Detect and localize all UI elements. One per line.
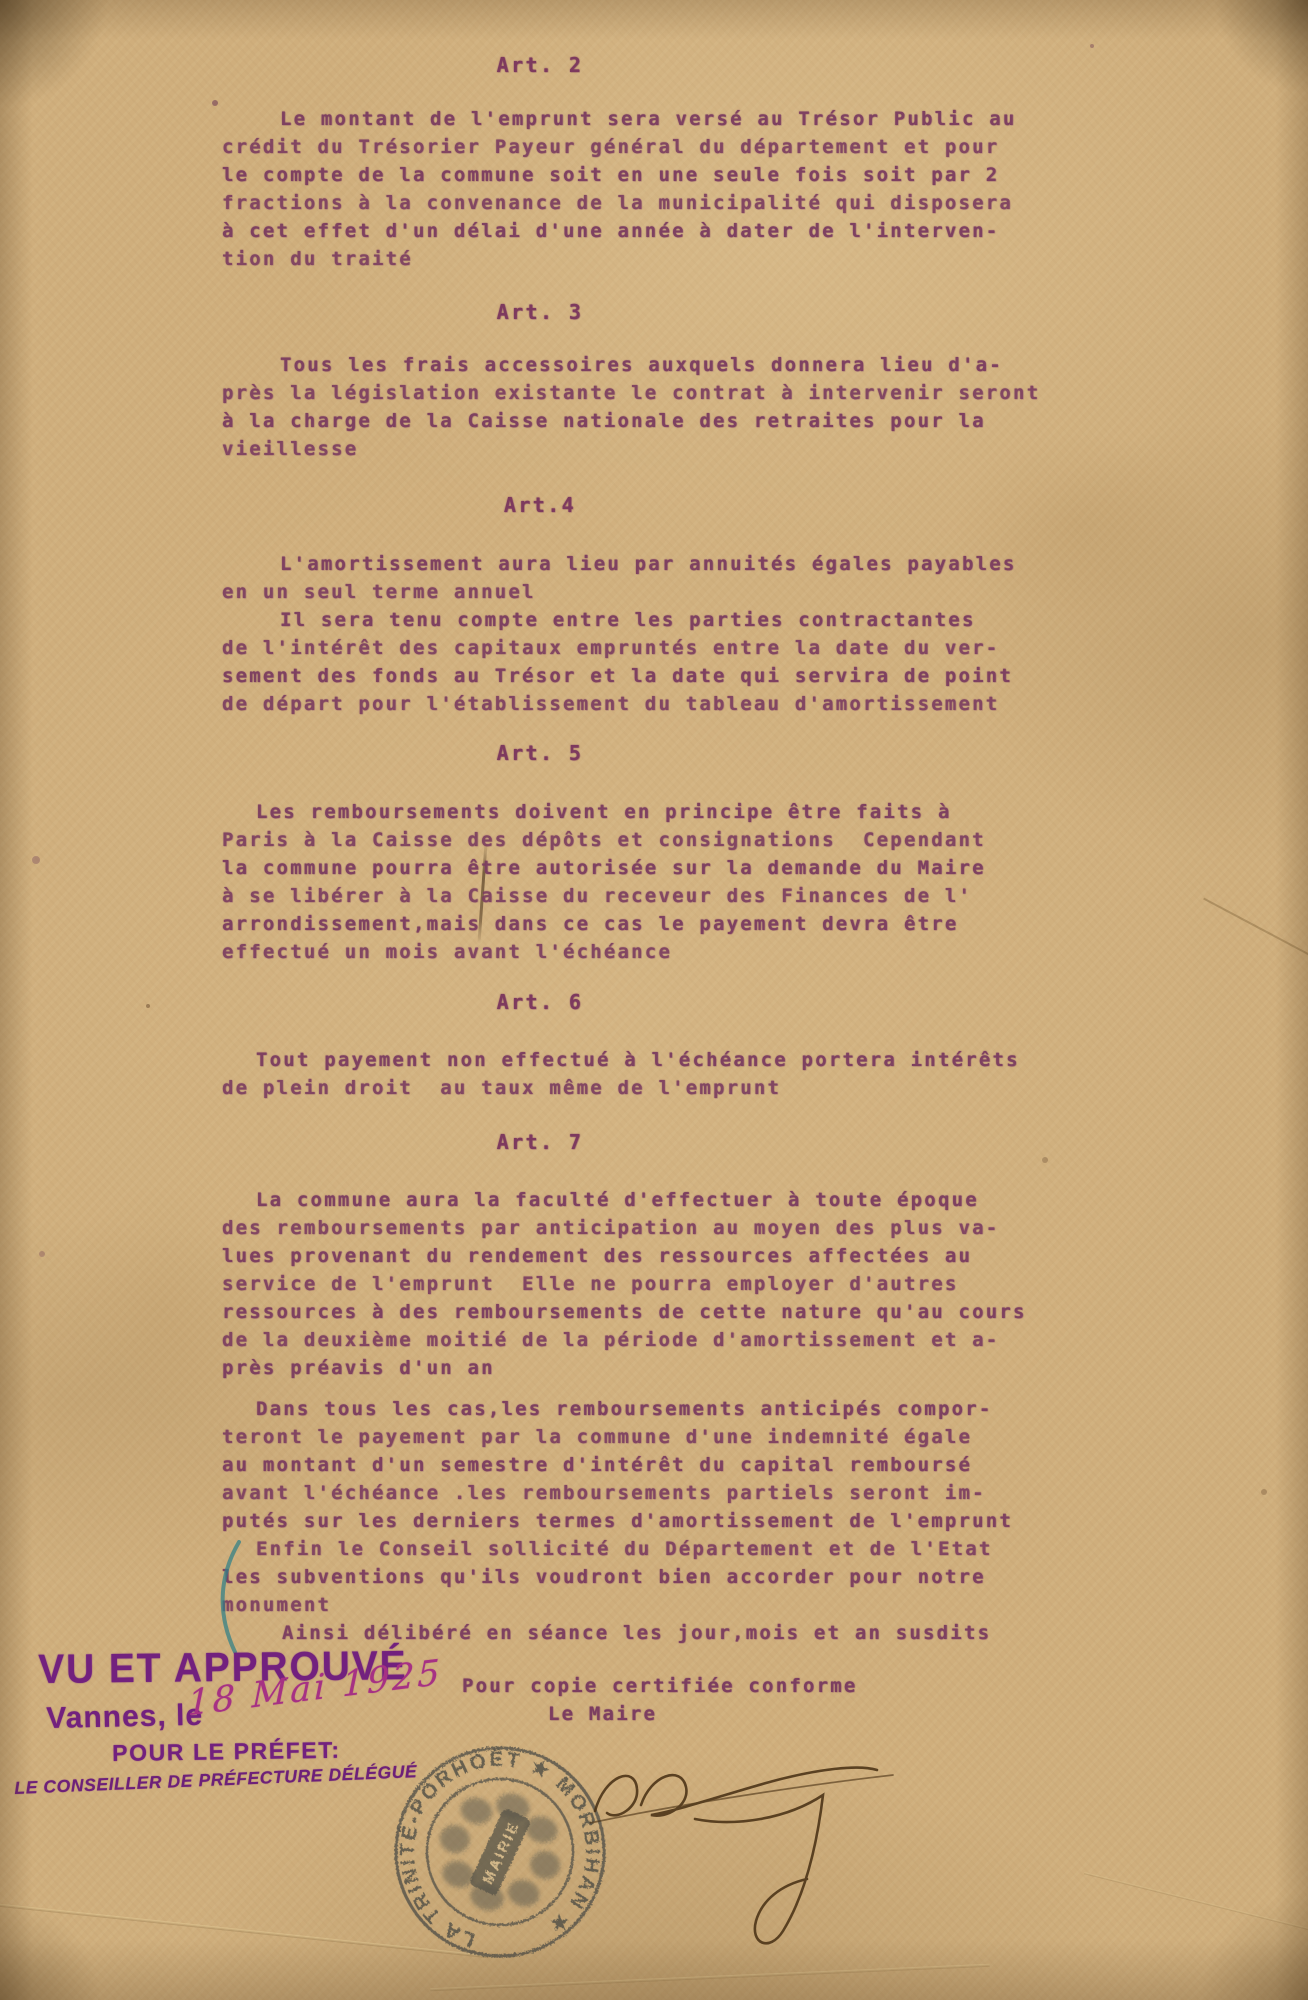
article-paragraph: Tout payement non effectué à l'échéance … [222, 1046, 1102, 1102]
certification-line: Pour copie certifiée conforme [462, 1672, 858, 1700]
typed-line: de plein droit au taux même de l'emprunt [222, 1074, 1102, 1102]
typed-line: près la législation existante le contrat… [222, 379, 1102, 407]
typed-line: en un seul terme annuel [222, 578, 1102, 606]
article-heading: Art. 3 [160, 300, 920, 324]
article-heading: Art. 5 [160, 741, 920, 765]
approval-stamp-place: Vannes, le [46, 1699, 203, 1736]
article-heading: Art. 6 [160, 990, 920, 1014]
article-paragraph: Le montant de l'emprunt sera versé au Tr… [222, 105, 1102, 273]
typed-line: au montant d'un semestre d'intérêt du ca… [222, 1451, 1102, 1479]
pen-mark-parenthesis [205, 1538, 259, 1658]
scanned-document-page: Art. 2 Le montant de l'emprunt sera vers… [0, 0, 1308, 2000]
typed-line: Il sera tenu compte entre les parties co… [222, 606, 1102, 634]
mayor-title: Le Maire [548, 1700, 657, 1728]
typed-line: Dans tous les cas,les remboursements ant… [222, 1395, 1102, 1423]
typed-line: crédit du Trésorier Payeur général du dé… [222, 133, 1102, 161]
paper-crease [1203, 898, 1308, 961]
typed-line: de la deuxième moitié de la période d'am… [222, 1326, 1102, 1354]
typed-line: Paris à la Caisse des dépôts et consigna… [222, 826, 1102, 854]
typed-line: arrondissement,mais dans ce cas le payem… [222, 910, 1102, 938]
typed-line: ressources à des remboursements de cette… [222, 1298, 1102, 1326]
article-paragraph: Les remboursements doivent en principe ê… [222, 798, 1102, 966]
article-paragraph: Dans tous les cas,les remboursements ant… [222, 1395, 1102, 1647]
typed-line: La commune aura la faculté d'effectuer à… [222, 1186, 1102, 1214]
typed-line: monument [222, 1591, 1102, 1619]
typed-line: à la charge de la Caisse nationale des r… [222, 407, 1102, 435]
approval-stamp-conseiller: LE CONSEILLER DE PRÉFECTURE DÉLÉGUÉ [14, 1761, 418, 1799]
typed-line: putés sur les derniers termes d'amortiss… [222, 1507, 1102, 1535]
paper-crease [1084, 1872, 1308, 1942]
typed-line: Tout payement non effectué à l'échéance … [222, 1046, 1102, 1074]
typed-line: sement des fonds au Trésor et la date qu… [222, 662, 1102, 690]
article-heading: Art. 2 [160, 53, 920, 77]
typed-line: à cet effet d'un délai d'une année à dat… [222, 217, 1102, 245]
typed-line: tion du traité [222, 245, 1102, 273]
typed-line: à se libérer à la Caisse du receveur des… [222, 882, 1102, 910]
typed-line: fractions à la convenance de la municipa… [222, 189, 1102, 217]
typed-line: service de l'emprunt Elle ne pourra empl… [222, 1270, 1102, 1298]
typed-line: teront le payement par la commune d'une … [222, 1423, 1102, 1451]
typed-line: Le montant de l'emprunt sera versé au Tr… [222, 105, 1102, 133]
typed-line: les subventions qu'ils voudront bien acc… [222, 1563, 1102, 1591]
typed-line: de l'intérêt des capitaux empruntés entr… [222, 634, 1102, 662]
article-heading: Art. 7 [160, 1130, 920, 1154]
typed-line: des remboursements par anticipation au m… [222, 1214, 1102, 1242]
ink-specks [0, 0, 4, 4]
typed-line: Tous les frais accessoires auxquels donn… [222, 351, 1102, 379]
typed-line: de départ pour l'établissement du tablea… [222, 690, 1102, 718]
typed-line: lues provenant du rendement des ressourc… [222, 1242, 1102, 1270]
article-paragraph: Tous les frais accessoires auxquels donn… [222, 351, 1102, 463]
article-paragraph: La commune aura la faculté d'effectuer à… [222, 1186, 1102, 1382]
article-paragraph: L'amortissement aura lieu par annuités é… [222, 550, 1102, 718]
approval-stamp-prefet: POUR LE PRÉFET: [112, 1737, 341, 1767]
typed-line: près préavis d'un an [222, 1354, 1102, 1382]
typed-line: effectué un mois avant l'échéance [222, 938, 1102, 966]
typed-line: le compte de la commune soit en une seul… [222, 161, 1102, 189]
typed-line: Les remboursements doivent en principe ê… [222, 798, 1102, 826]
typed-line: vieillesse [222, 435, 1102, 463]
article-heading: Art.4 [160, 493, 920, 517]
typed-line: L'amortissement aura lieu par annuités é… [222, 550, 1102, 578]
typed-line: la commune pourra être autorisée sur la … [222, 854, 1102, 882]
typed-line: Enfin le Conseil sollicité du Départemen… [222, 1535, 1102, 1563]
typed-line: avant l'échéance .les remboursements par… [222, 1479, 1102, 1507]
mayor-signature [555, 1733, 945, 1973]
